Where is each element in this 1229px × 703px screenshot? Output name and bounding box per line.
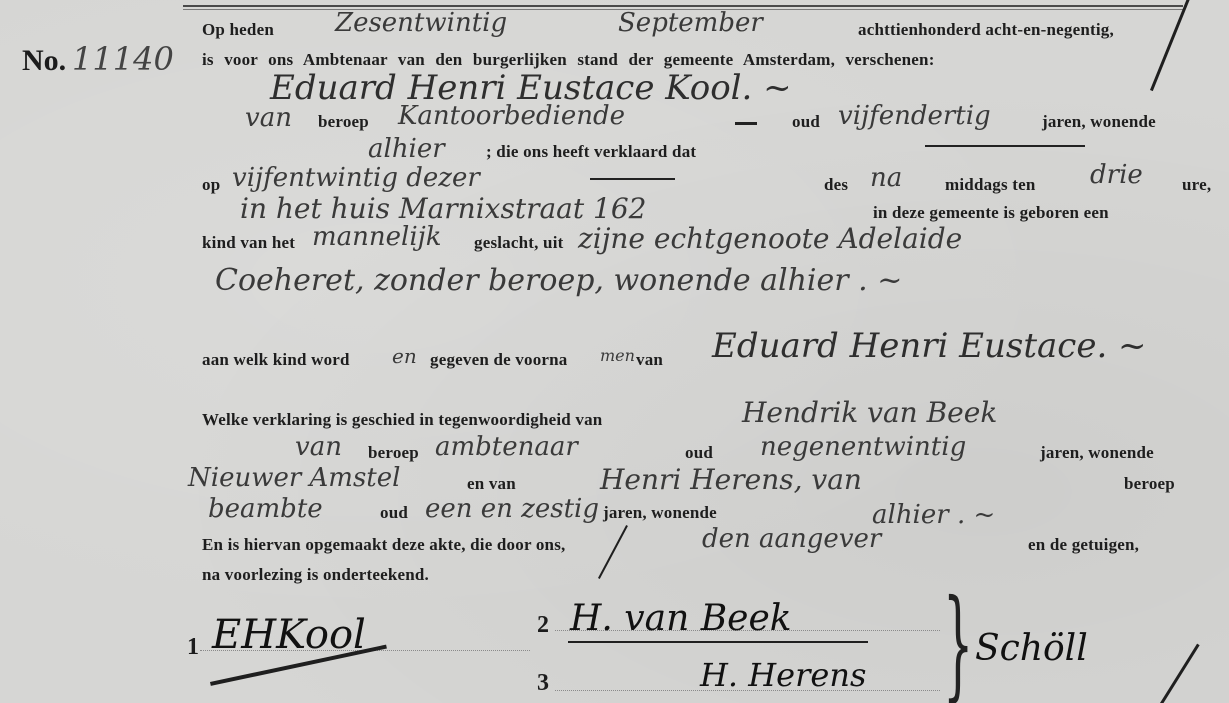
signature-number-1: 1 [187, 634, 199, 661]
text-ure: ure, [1182, 175, 1211, 195]
text-en-is-hiervan: En is hiervan opgemaakt deze akte, die d… [202, 535, 565, 555]
text-en-van: en van [467, 474, 516, 494]
signature-number-2: 2 [537, 612, 549, 639]
text-kind-van-het: kind van het [202, 233, 295, 253]
hw-witness2-name: Henri Herens, van [600, 463, 862, 496]
hw-mother-continued: Coeheret, zonder beroep, wonende alhier … [215, 263, 902, 298]
top-rule [183, 5, 1183, 7]
text-oud-2: oud [685, 443, 713, 463]
text-na-voorlezing: na voorlezing is onderteekend. [202, 565, 429, 585]
hw-witness1-name: Hendrik van Beek [742, 396, 997, 429]
hw-birth-hour: drie [1090, 160, 1143, 190]
pen-stroke-middle [598, 525, 628, 579]
pen-stroke-top-right [1150, 0, 1190, 91]
text-jaren-wonende-1: jaren, wonende [1042, 112, 1156, 132]
text-geslacht-uit: geslacht, uit [474, 233, 563, 253]
hw-birth-part: na [870, 163, 902, 193]
signature-declarant: EHKool [212, 612, 366, 658]
signature-witness-1: H. van Beek [570, 598, 792, 639]
hw-declarant-residence: alhier [368, 134, 445, 164]
text-en-de-getuigen: en de getuigen, [1028, 535, 1139, 555]
text-jaren-wonende-3: jaren, wonende [603, 503, 717, 523]
text-middags-ten: middags ten [945, 175, 1036, 195]
hw-witness2-age: een en zestig [425, 494, 599, 524]
hw-child-sex: mannelijk [312, 222, 441, 252]
hw-namen-suffix: men [600, 346, 635, 365]
hw-date-day: Zesentwintig [335, 8, 507, 38]
text-aan-welk-kind: aan welk kind word [202, 350, 350, 370]
text-year: achttienhonderd acht-en-negentig, [858, 20, 1114, 40]
hw-door-ons: den aangever [702, 524, 881, 554]
hw-van-1: van [245, 103, 292, 133]
text-op: op [202, 175, 220, 195]
hw-birth-day: vijfentwintig dezer [232, 163, 480, 193]
hw-birth-place: in het huis Marnixstraat 162 [240, 192, 646, 225]
text-op-heden: Op heden [202, 20, 274, 40]
hw-mother-intro: zijne echtgenoote Adelaide [578, 222, 962, 255]
text-beroep-1: beroep [318, 112, 369, 132]
hw-declarant-occupation: Kantoorbediende [398, 101, 625, 131]
hw-witness1-residence: Nieuwer Amstel [188, 463, 400, 493]
dash-3 [590, 178, 675, 180]
signature-number-3: 3 [537, 670, 549, 697]
text-des: des [824, 175, 848, 195]
text-beroep-3: beroep [1124, 474, 1175, 494]
dash-1 [735, 122, 757, 125]
text-gegeven-de-voorna: gegeven de voorna [430, 350, 568, 370]
signature-official: Schöll [975, 628, 1088, 669]
text-oud-3: oud [380, 503, 408, 523]
text-van: van [636, 350, 663, 370]
text-die-ons: ; die ons heeft verklaard dat [486, 142, 696, 162]
text-line-2: is voor ons Ambtenaar van den burgerlijk… [202, 50, 935, 70]
text-in-deze-gemeente: in deze gemeente is geboren een [873, 203, 1109, 223]
record-number-label: No. [22, 44, 66, 78]
civil-birth-record: No. 11140 Op heden Zesentwintig Septembe… [0, 0, 1229, 703]
hw-van-2: van [295, 432, 342, 462]
hw-witness1-age: negenentwintig [760, 432, 966, 462]
hw-witness2-occupation: beambte [208, 494, 323, 524]
dash-2 [925, 145, 1085, 147]
hw-declarant-age: vijfendertig [838, 101, 991, 131]
text-beroep-2: beroep [368, 443, 419, 463]
record-number-value: 11140 [72, 40, 174, 78]
text-jaren-wonende-2: jaren, wonende [1040, 443, 1154, 463]
hw-witness2-residence: alhier . ~ [872, 500, 995, 530]
text-oud-1: oud [792, 112, 820, 132]
official-flourish [1160, 644, 1200, 703]
signature-underline-2 [568, 641, 868, 643]
hw-date-month: September [618, 8, 763, 38]
text-welke-verklaring: Welke verklaring is geschied in tegenwoo… [202, 410, 602, 430]
hw-child-names: Eduard Henri Eustace. ~ [712, 326, 1147, 366]
signature-brace: } [943, 585, 974, 703]
hw-word-en: en [392, 344, 417, 368]
hw-witness1-occupation: ambtenaar [435, 432, 578, 462]
signature-witness-2: H. Herens [700, 656, 866, 694]
